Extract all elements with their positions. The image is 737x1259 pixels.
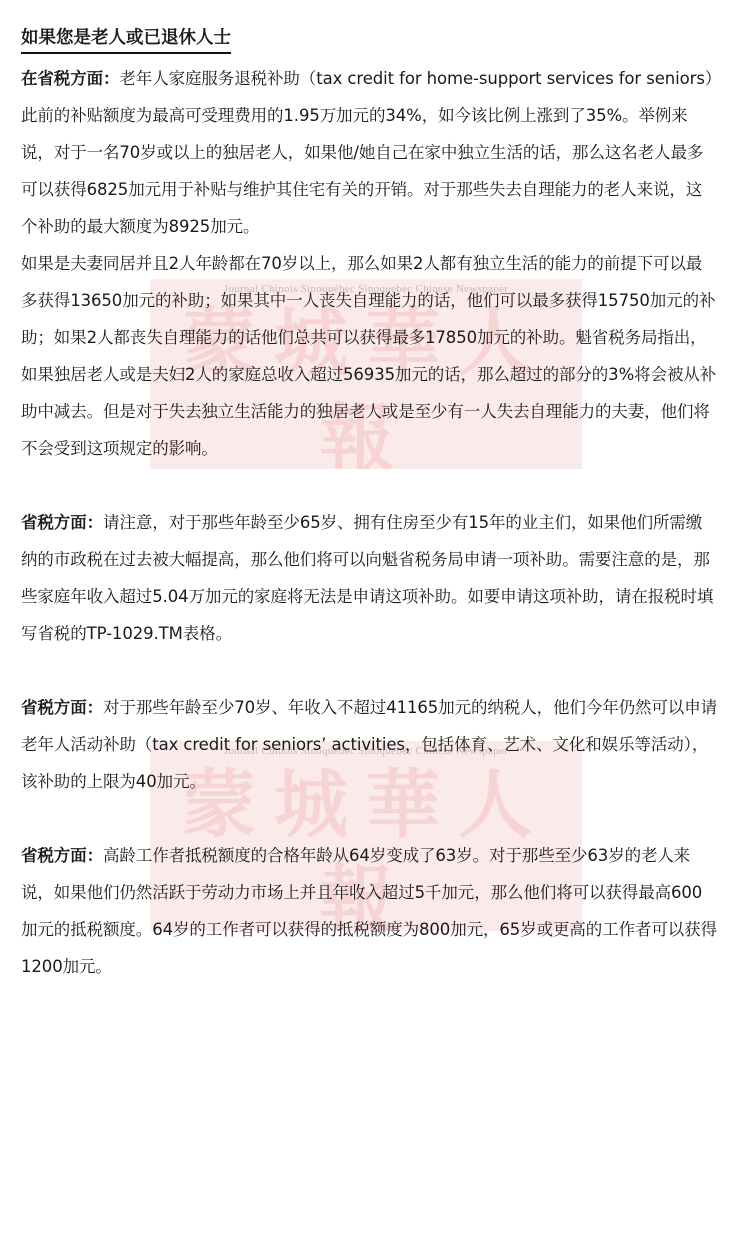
paragraph-text: 老年人家庭服务退税补助（tax credit for home-support … bbox=[21, 69, 713, 236]
paragraph: 省税方面：请注意，对于那些年龄至少65岁、拥有住房至少有15年的业主们，如果他们… bbox=[21, 504, 717, 652]
section-home-support-credit: 在省税方面：老年人家庭服务退税补助（tax credit for home-su… bbox=[21, 60, 717, 467]
section-lead: 省税方面： bbox=[21, 698, 103, 717]
article-body: 如果您是老人或已退休人士 在省税方面：老年人家庭服务退税补助（tax credi… bbox=[0, 0, 737, 985]
paragraph: 省税方面：高龄工作者抵税额度的合格年龄从64岁变成了63岁。对于那些至少63岁的… bbox=[21, 837, 717, 985]
section-lead: 省税方面： bbox=[21, 513, 103, 532]
paragraph: 如果是夫妻同居并且2人年龄都在70岁以上，那么如果2人都有独立生活的能力的前提下… bbox=[21, 245, 717, 467]
paragraph: 省税方面：对于那些年龄至少70岁、年收入不超过41165加元的纳税人，他们今年仍… bbox=[21, 689, 717, 800]
section-lead: 在省税方面： bbox=[21, 69, 119, 88]
paragraph-text: 高龄工作者抵税额度的合格年龄从64岁变成了63岁。对于那些至少63岁的老人来说，… bbox=[21, 846, 717, 976]
section-seniors-activities-credit: 省税方面：对于那些年龄至少70岁、年收入不超过41165加元的纳税人，他们今年仍… bbox=[21, 689, 717, 800]
paragraph-text: 请注意，对于那些年龄至少65岁、拥有住房至少有15年的业主们，如果他们所需缴纳的… bbox=[21, 513, 713, 643]
section-lead: 省税方面： bbox=[21, 846, 103, 865]
section-experienced-workers-credit: 省税方面：高龄工作者抵税额度的合格年龄从64岁变成了63岁。对于那些至少63岁的… bbox=[21, 837, 717, 985]
paragraph: 在省税方面：老年人家庭服务退税补助（tax credit for home-su… bbox=[21, 60, 717, 245]
section-municipal-tax-grant: 省税方面：请注意，对于那些年龄至少65岁、拥有住房至少有15年的业主们，如果他们… bbox=[21, 504, 717, 652]
article-title: 如果您是老人或已退休人士 bbox=[21, 24, 231, 54]
paragraph-text: 对于那些年龄至少70岁、年收入不超过41165加元的纳税人，他们今年仍然可以申请… bbox=[21, 698, 717, 791]
